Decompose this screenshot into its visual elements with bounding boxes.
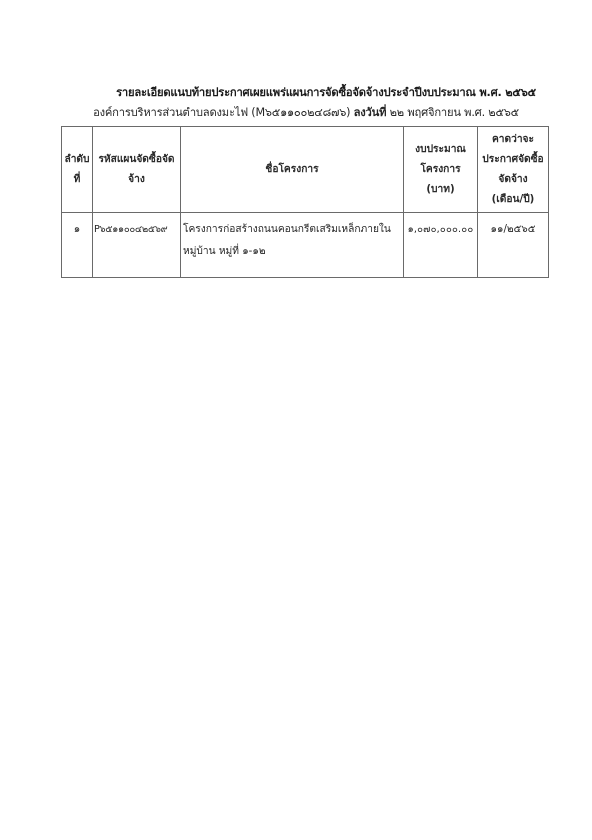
header-expected-line-4: (เดือน/ปี) bbox=[480, 190, 546, 210]
project-name-line-2: หมู่บ้าน หมู่ที่ ๑-๑๒ bbox=[183, 241, 401, 263]
header-project-name: ชื่อโครงการ bbox=[181, 127, 404, 213]
project-name-line-1: โครงการก่อสร้างถนนคอนกรีตเสริมเหล็กภายใน bbox=[183, 219, 401, 241]
procurement-plan-table: ลำดับ ที่ รหัสแผนจัดซื้อจัด จ้าง ชื่อโคร… bbox=[61, 126, 549, 278]
header-no: ลำดับ ที่ bbox=[62, 127, 93, 213]
document-page: รายละเอียดแนบท้ายประกาศเผยแพร่แผนการจัดซ… bbox=[0, 0, 592, 840]
document-date: ๒๒ พฤศจิกายน พ.ศ. ๒๕๖๕ bbox=[390, 106, 519, 119]
header-budget: งบประมาณ โครงการ (บาท) bbox=[404, 127, 478, 213]
header-plan-code: รหัสแผนจัดซื้อจัด จ้าง bbox=[93, 127, 181, 213]
organization-name: องค์การบริหารส่วนตำบลดงมะไฟ (M๖๕๑๑๐๐๒๔๘๗… bbox=[93, 106, 350, 119]
table-header-row: ลำดับ ที่ รหัสแผนจัดซื้อจัด จ้าง ชื่อโคร… bbox=[62, 127, 549, 213]
cell-no: ๑ bbox=[62, 213, 93, 278]
header-expected-date: คาดว่าจะ ประกาศจัดซื้อ จัดจ้าง (เดือน/ปี… bbox=[478, 127, 549, 213]
date-label: ลงวันที่ bbox=[354, 106, 387, 119]
header-no-line-1: ลำดับ bbox=[64, 150, 90, 170]
cell-expected-date: ๑๑/๒๕๖๕ bbox=[478, 213, 549, 278]
header-code-line-1: รหัสแผนจัดซื้อจัด bbox=[95, 150, 178, 170]
header-code-line-2: จ้าง bbox=[95, 170, 178, 190]
cell-budget: ๑,๐๗๐,๐๐๐.๐๐ bbox=[404, 213, 478, 278]
title-text: รายละเอียดแนบท้ายประกาศเผยแพร่แผนการจัดซ… bbox=[116, 86, 536, 99]
cell-project-name: โครงการก่อสร้างถนนคอนกรีตเสริมเหล็กภายใน… bbox=[181, 213, 404, 278]
header-name-line-1: ชื่อโครงการ bbox=[183, 160, 401, 180]
header-budget-line-1: งบประมาณ bbox=[406, 140, 475, 160]
table-row: ๑ P๖๕๑๑๐๐๔๒๕๖๙ โครงการก่อสร้างถนนคอนกรีต… bbox=[62, 213, 549, 278]
header-expected-line-1: คาดว่าจะ bbox=[480, 130, 546, 150]
cell-plan-code: P๖๕๑๑๐๐๔๒๕๖๙ bbox=[93, 213, 181, 278]
header-budget-line-3: (บาท) bbox=[406, 180, 475, 200]
header-no-line-2: ที่ bbox=[64, 170, 90, 190]
document-subtitle: องค์การบริหารส่วนตำบลดงมะไฟ (M๖๕๑๑๐๐๒๔๘๗… bbox=[10, 106, 592, 120]
header-expected-line-2: ประกาศจัดซื้อ bbox=[480, 150, 546, 170]
document-title: รายละเอียดแนบท้ายประกาศเผยแพร่แผนการจัดซ… bbox=[30, 86, 592, 100]
header-expected-line-3: จัดจ้าง bbox=[480, 170, 546, 190]
header-budget-line-2: โครงการ bbox=[406, 160, 475, 180]
